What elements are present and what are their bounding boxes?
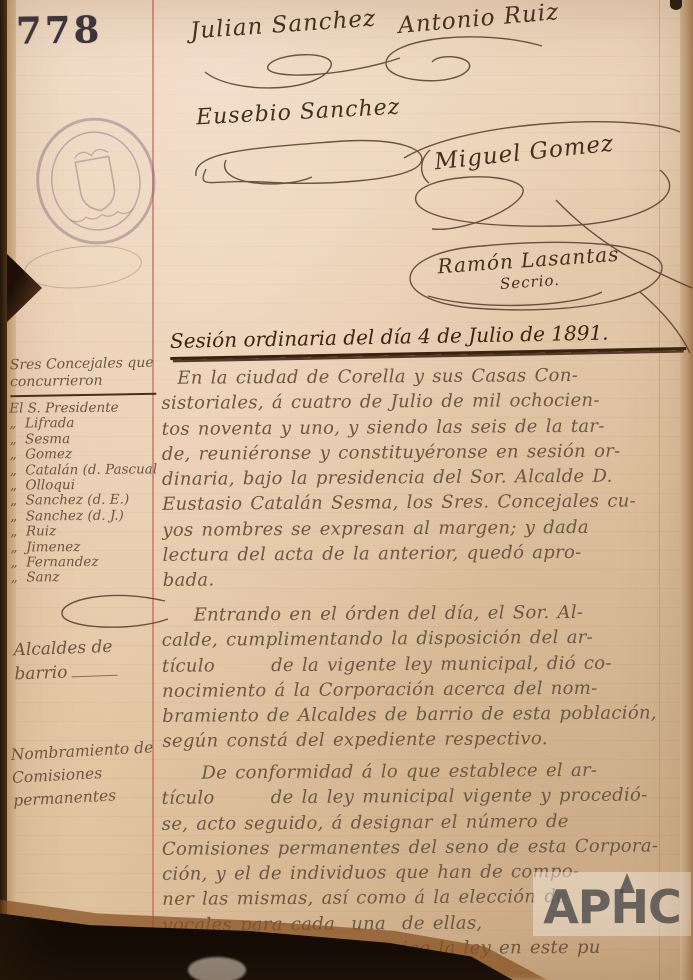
watermark-text: APHC bbox=[543, 880, 681, 934]
text-line: bramiento de Alcaldes de barrio de esta … bbox=[162, 700, 692, 729]
page-number-stamp: 778 bbox=[16, 7, 103, 52]
binding-shadow bbox=[0, 0, 7, 980]
attendees-header: Sres Concejales que concurrieron bbox=[10, 355, 157, 398]
attendee-name: „ Sesma bbox=[9, 431, 155, 448]
margin-notes: Sres Concejales que concurrieron El S. P… bbox=[10, 356, 156, 586]
gray-object bbox=[188, 957, 246, 980]
text-line: dinaria, bajo la presidencia del Sor. Al… bbox=[162, 463, 692, 492]
text-line: sistoriales, á cuatro de Julio de mil oc… bbox=[161, 387, 691, 416]
paragraph-orden-del-dia: Entrando en el órden del día, el Sor. Al… bbox=[161, 599, 692, 754]
attendee-name: „ Ruiz bbox=[10, 524, 156, 541]
text-line: según constá del expediente respectivo. bbox=[162, 725, 692, 754]
text-line: Eustasio Catalán Sesma, los Sres. Concej… bbox=[162, 489, 692, 518]
attendee-name: El S. Presidente bbox=[9, 400, 155, 417]
signature-julian-sanchez: Julian Sanchez bbox=[189, 6, 377, 45]
signature-eusebio-sanchez: Eusebio Sanchez bbox=[195, 95, 400, 131]
attendee-name: „ Sanz bbox=[11, 570, 157, 587]
text-line: tos noventa y uno, y siendo las seis de … bbox=[162, 413, 692, 442]
signature-ramon-lasantas: Ramón Lasantas Secrio. bbox=[437, 242, 622, 298]
attendee-name: „ Fernandez bbox=[11, 554, 157, 571]
text-line: tículo de la ley municipal vigente y pro… bbox=[161, 783, 691, 812]
text-line: Comisiones permanentes del seno de esta … bbox=[162, 833, 692, 862]
text-line: lectura del acta de la anterior, quedó a… bbox=[162, 539, 692, 568]
watermark-letters: APHC bbox=[533, 872, 691, 936]
text-line: Entrando en el órden del día, el Sor. Al… bbox=[161, 599, 691, 628]
attendee-name: „ Sanchez (d. J.) bbox=[10, 508, 156, 525]
attendee-name: „ Lifrada bbox=[9, 416, 155, 433]
text-line: yos nombres se expresan al margen; y dad… bbox=[162, 514, 692, 543]
attendees-list: El S. Presidente„ Lifrada„ Sesma„ Gomez„… bbox=[9, 400, 157, 586]
attendee-name: „ Sanchez (d. E.) bbox=[10, 493, 156, 510]
margin-note-comisiones: Nombramiento de Comisiones permanentes bbox=[10, 736, 159, 813]
signature-antonio-ruiz: Antonio Ruiz bbox=[397, 0, 560, 39]
text-line: bada. bbox=[163, 565, 693, 594]
text-line: tículo de la vigente ley municipal, dió … bbox=[162, 649, 692, 678]
text-line: calde, cumplimentando la disposición del… bbox=[162, 624, 692, 653]
underscore-rule bbox=[72, 675, 118, 678]
note-text: Alcaldes de barrio bbox=[13, 637, 112, 684]
manuscript-page-photo: 778 Julian Sanchez Antonio Ruiz Eusebio … bbox=[0, 0, 693, 980]
oval-ink-stamp bbox=[20, 106, 173, 259]
archive-watermark: APHC bbox=[533, 872, 691, 936]
paragraph-opening: En la ciudad de Corella y sus Casas Con-… bbox=[161, 362, 693, 593]
text-line: de, reuniéronse y constituyéronse en ses… bbox=[162, 438, 692, 467]
text-line: nocimiento á la Corporación acerca del n… bbox=[162, 675, 692, 704]
text-line: En la ciudad de Corella y sus Casas Con- bbox=[161, 362, 691, 391]
ink-spot bbox=[670, 0, 682, 10]
attendee-name: „ Catalán (d. Pascual bbox=[10, 462, 156, 479]
session-title: Sesión ordinaria del día 4 de Julio de 1… bbox=[170, 319, 687, 360]
margin-note-alcaldes: Alcaldes de barrio bbox=[13, 634, 151, 687]
signature-miguel-gomez: Miguel Gomez bbox=[433, 131, 615, 176]
